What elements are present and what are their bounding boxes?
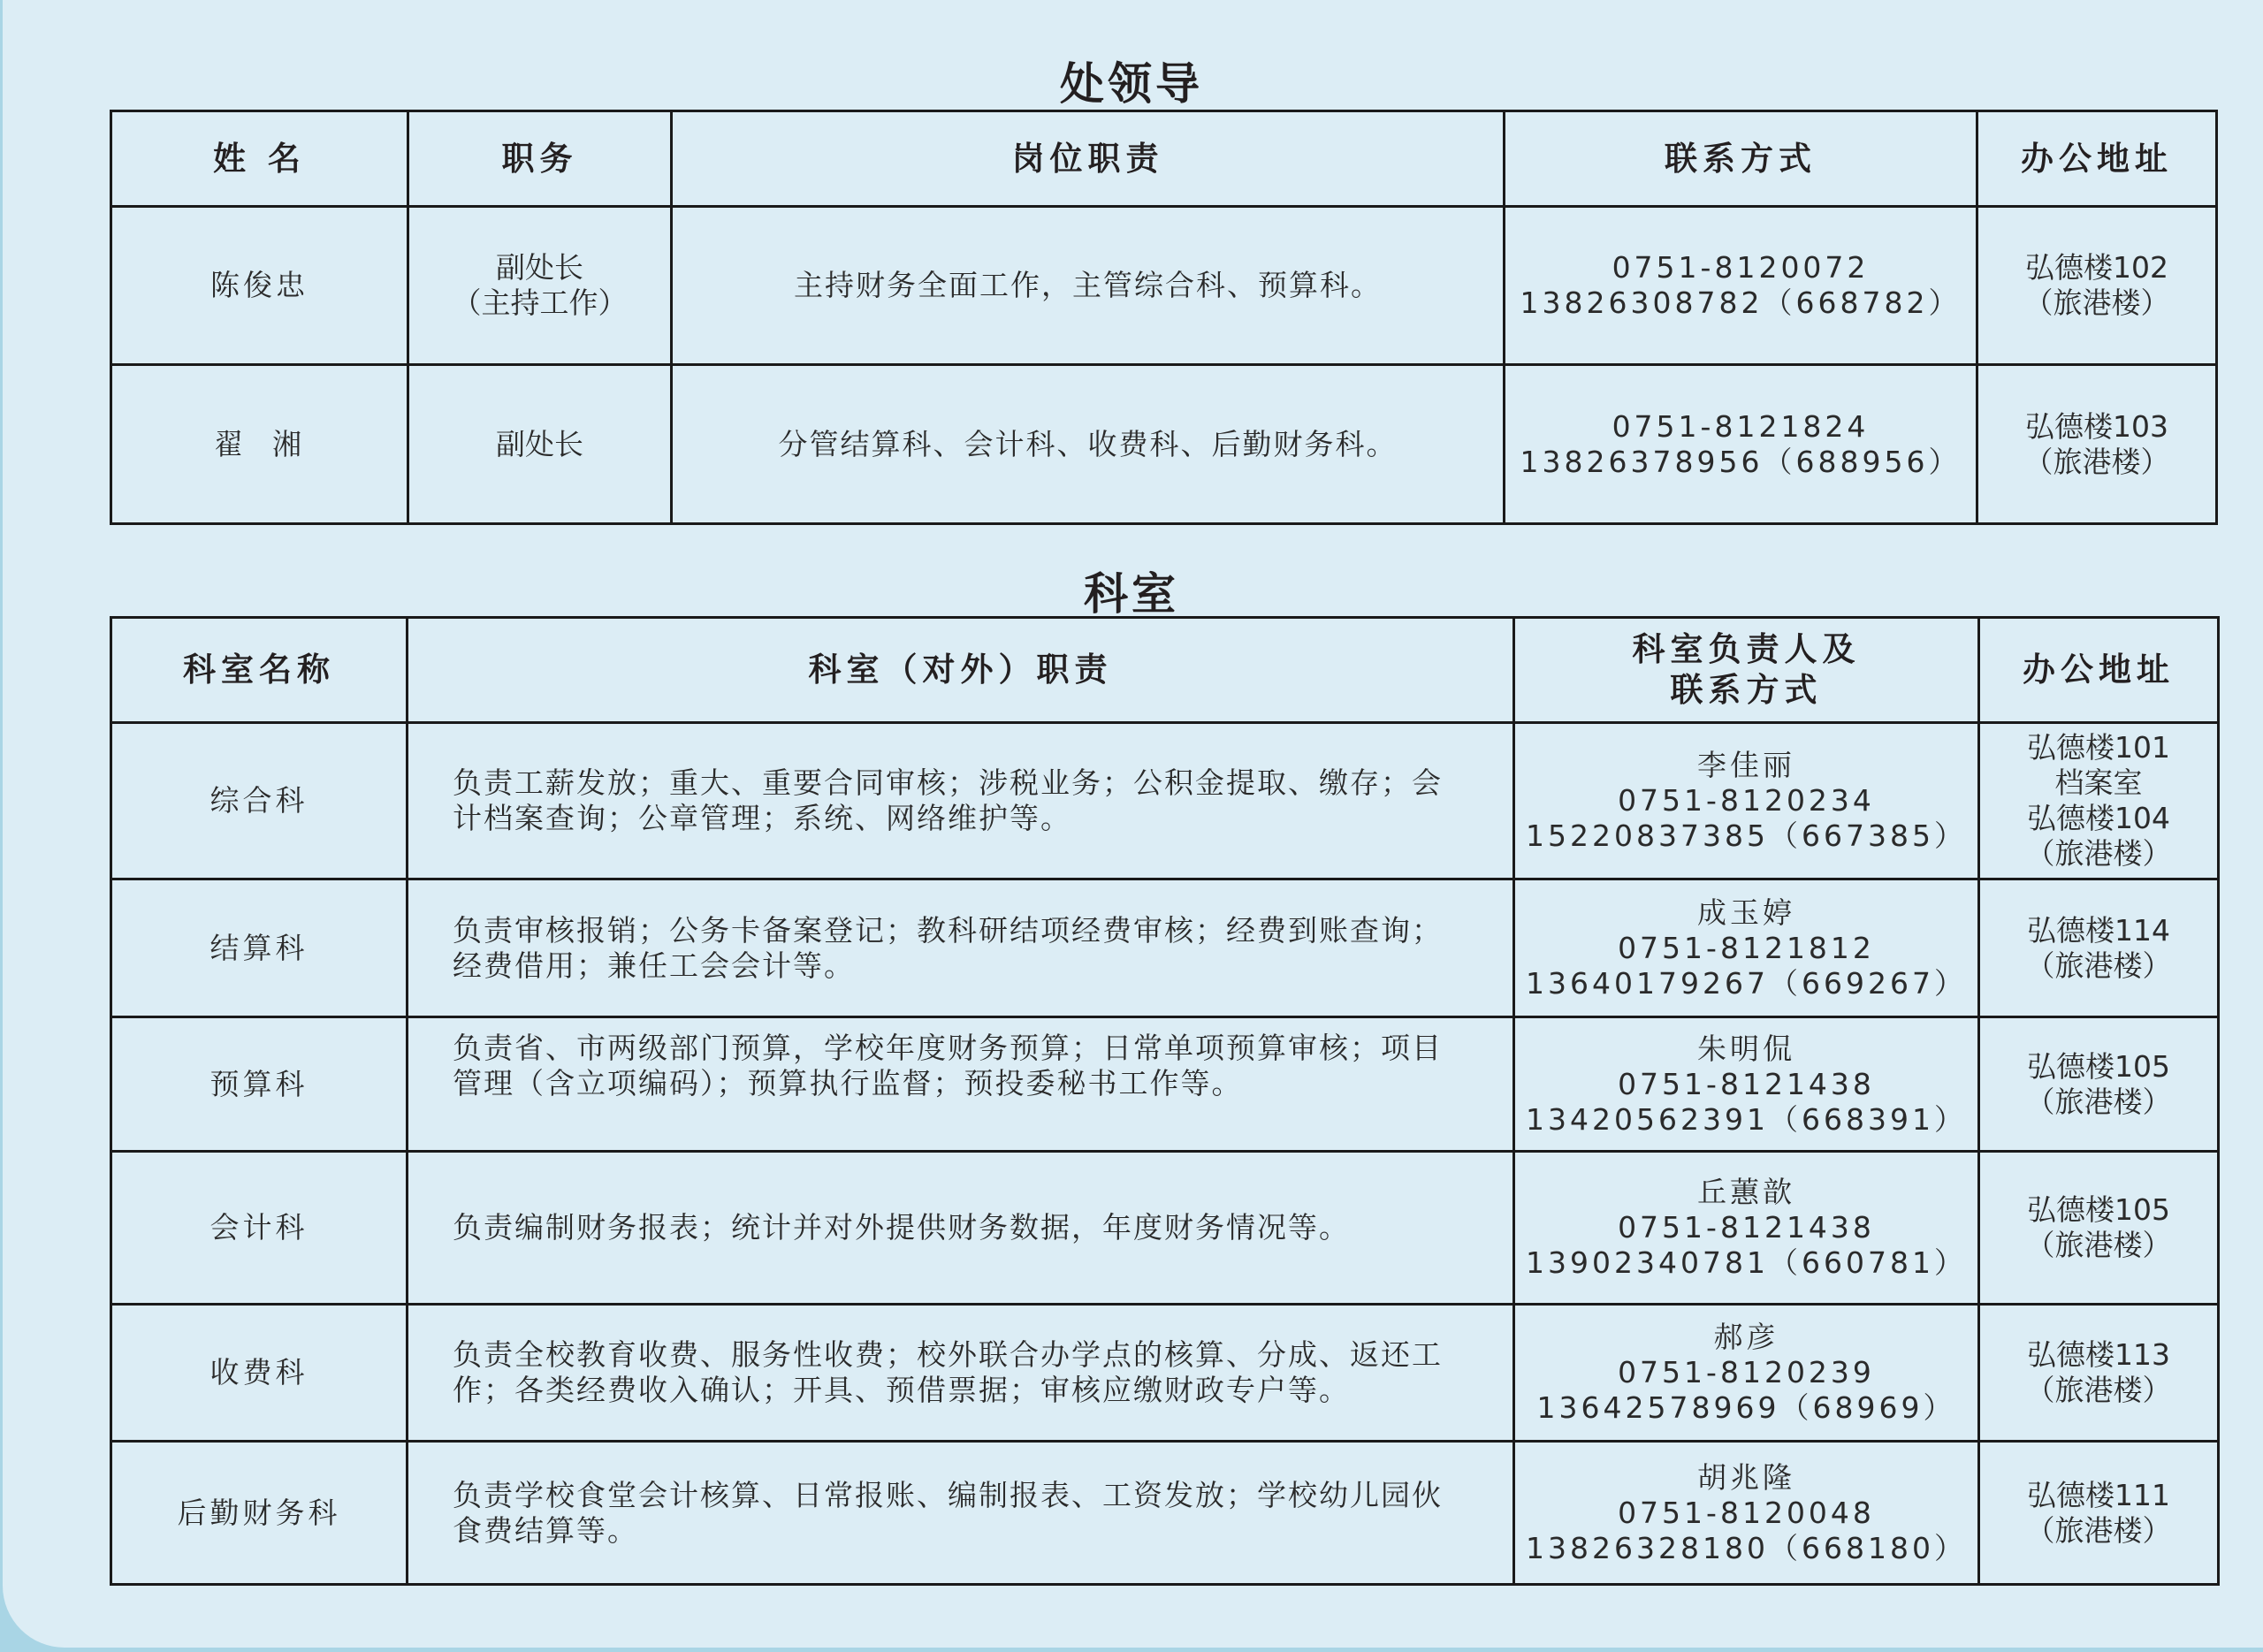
leader-name: 翟 湘 [111,365,408,524]
mobile-phone: 15220837385（667385） [1515,818,1977,854]
dept-duties: 负责全校教育收费、服务性收费；校外联合办学点的核算、分成、返还工作；各类经费收入… [408,1305,1514,1442]
departments-table: 科室名称 科室（对外）职责 科室负责人及 联系方式 办公地址 综合科 负责工薪发… [110,616,2220,1586]
office-line: （旅港楼） [1978,445,2215,480]
office-line: （旅港楼） [1980,1513,2217,1549]
leaders-section-title: 处领导 [0,49,2263,112]
header-contact: 联系方式 [1505,111,1977,207]
department-row: 会计科 负责编制财务报表；统计并对外提供财务数据，年度财务情况等。 丘蕙歆 07… [111,1152,2219,1305]
dept-name: 预算科 [111,1017,408,1152]
dept-office: 弘德楼101 档案室 弘德楼104 （旅港楼） [1979,723,2219,879]
office-phone: 0751-8120239 [1515,1355,1977,1390]
dept-office: 弘德楼111 （旅港楼） [1979,1442,2219,1585]
office-line: 弘德楼105 [1980,1049,2217,1085]
contact-person: 丘蕙歆 [1515,1175,1977,1210]
dept-contact: 成玉婷 0751-8121812 13640179267（669267） [1514,879,1979,1017]
office-line: 弘德楼102 [1978,250,2215,285]
contact-person: 郝彦 [1515,1320,1977,1355]
department-row: 综合科 负责工薪发放；重大、重要合同审核；涉税业务；公积金提取、缴存；会计档案查… [111,723,2219,879]
header-line: 联系方式 [1515,670,1977,711]
mobile-phone: 13640179267（669267） [1515,966,1977,1001]
office-line: 弘德楼104 [1980,801,2217,836]
dept-duties: 负责学校食堂会计核算、日常报账、编制报表、工资发放；学校幼儿园伙食费结算等。 [408,1442,1514,1585]
departments-section-title: 科室 [0,559,2263,622]
dept-office: 弘德楼105 （旅港楼） [1979,1152,2219,1305]
dept-duties: 负责审核报销；公务卡备案登记；教科研结项经费审核；经费到账查询；经费借用；兼任工… [408,879,1514,1017]
office-phone: 0751-8121824 [1505,409,1976,445]
office-line: （旅港楼） [1978,285,2215,321]
mobile-phone: 13420562391（668391） [1515,1102,1977,1138]
department-row: 结算科 负责审核报销；公务卡备案登记；教科研结项经费审核；经费到账查询；经费借用… [111,879,2219,1017]
office-line: 弘德楼114 [1980,913,2217,948]
office-phone: 0751-8120234 [1515,783,1977,818]
position-line: （主持工作） [409,285,670,321]
mobile-phone: 13826378956（688956） [1505,445,1976,480]
dept-office: 弘德楼113 （旅港楼） [1979,1305,2219,1442]
dept-name: 收费科 [111,1305,408,1442]
dept-office: 弘德楼105 （旅港楼） [1979,1017,2219,1152]
office-line: 弘德楼111 [1980,1478,2217,1513]
dept-contact: 朱明侃 0751-8121438 13420562391（668391） [1514,1017,1979,1152]
mobile-phone: 13642578969（68969） [1515,1390,1977,1426]
dept-duties: 负责编制财务报表；统计并对外提供财务数据，年度财务情况等。 [408,1152,1514,1305]
department-row: 收费科 负责全校教育收费、服务性收费；校外联合办学点的核算、分成、返还工作；各类… [111,1305,2219,1442]
dept-office: 弘德楼114 （旅港楼） [1979,879,2219,1017]
header-dept-office: 办公地址 [1979,618,2219,723]
office-line: （旅港楼） [1980,948,2217,984]
header-name: 姓 名 [111,111,408,207]
dept-name: 结算科 [111,879,408,1017]
contact-person: 胡兆隆 [1515,1460,1977,1496]
dept-contact: 李佳丽 0751-8120234 15220837385（667385） [1514,723,1979,879]
leader-duties: 分管结算科、会计科、收费科、后勤财务科。 [672,365,1505,524]
office-phone: 0751-8120048 [1515,1496,1977,1531]
leader-position: 副处长 [408,365,672,524]
header-dept-duties: 科室（对外）职责 [408,618,1514,723]
position-line: 副处长 [409,427,670,462]
header-dept-name: 科室名称 [111,618,408,723]
mobile-phone: 13826308782（668782） [1505,285,1976,321]
dept-contact: 郝彦 0751-8120239 13642578969（68969） [1514,1305,1979,1442]
office-line: （旅港楼） [1980,1085,2217,1120]
leader-row: 陈俊忠 副处长 （主持工作） 主持财务全面工作，主管综合科、预算科。 0751-… [111,207,2217,365]
contact-person: 朱明侃 [1515,1032,1977,1067]
leader-office: 弘德楼102 （旅港楼） [1977,207,2217,365]
header-position: 职务 [408,111,672,207]
leader-position: 副处长 （主持工作） [408,207,672,365]
department-row: 预算科 负责省、市两级部门预算，学校年度财务预算；日常单项预算审核；项目管理（含… [111,1017,2219,1152]
dept-name: 会计科 [111,1152,408,1305]
leader-office: 弘德楼103 （旅港楼） [1977,365,2217,524]
office-line: 弘德楼101 [1980,730,2217,765]
leader-contact: 0751-8120072 13826308782（668782） [1505,207,1977,365]
mobile-phone: 13826328180（668180） [1515,1531,1977,1566]
contact-person: 成玉婷 [1515,895,1977,931]
leaders-header-row: 姓 名 职务 岗位职责 联系方式 办公地址 [111,111,2217,207]
office-line: 档案室 [1980,765,2217,801]
office-line: （旅港楼） [1980,1228,2217,1263]
leader-contact: 0751-8121824 13826378956（688956） [1505,365,1977,524]
mobile-phone: 13902340781（660781） [1515,1245,1977,1281]
position-line: 副处长 [409,250,670,285]
leader-name: 陈俊忠 [111,207,408,365]
office-line: （旅港楼） [1980,836,2217,872]
leaders-table: 姓 名 职务 岗位职责 联系方式 办公地址 陈俊忠 副处长 （主持工作） 主持财… [110,110,2218,525]
dept-name: 综合科 [111,723,408,879]
departments-header-row: 科室名称 科室（对外）职责 科室负责人及 联系方式 办公地址 [111,618,2219,723]
header-line: 科室负责人及 [1515,629,1977,670]
office-phone: 0751-8120072 [1505,250,1976,285]
dept-contact: 丘蕙歆 0751-8121438 13902340781（660781） [1514,1152,1979,1305]
office-phone: 0751-8121812 [1515,931,1977,966]
dept-name: 后勤财务科 [111,1442,408,1585]
office-line: 弘德楼113 [1980,1337,2217,1373]
dept-duties: 负责工薪发放；重大、重要合同审核；涉税业务；公积金提取、缴存；会计档案查询；公章… [408,723,1514,879]
dept-contact: 胡兆隆 0751-8120048 13826328180（668180） [1514,1442,1979,1585]
department-row: 后勤财务科 负责学校食堂会计核算、日常报账、编制报表、工资发放；学校幼儿园伙食费… [111,1442,2219,1585]
office-line: （旅港楼） [1980,1373,2217,1408]
header-office: 办公地址 [1977,111,2217,207]
office-phone: 0751-8121438 [1515,1210,1977,1245]
office-line: 弘德楼103 [1978,409,2215,445]
office-line: 弘德楼105 [1980,1192,2217,1228]
dept-duties: 负责省、市两级部门预算，学校年度财务预算；日常单项预算审核；项目管理（含立项编码… [408,1017,1514,1152]
contact-person: 李佳丽 [1515,748,1977,783]
office-phone: 0751-8121438 [1515,1067,1977,1102]
leader-duties: 主持财务全面工作，主管综合科、预算科。 [672,207,1505,365]
header-duties: 岗位职责 [672,111,1505,207]
leader-row: 翟 湘 副处长 分管结算科、会计科、收费科、后勤财务科。 0751-812182… [111,365,2217,524]
header-dept-contact: 科室负责人及 联系方式 [1514,618,1979,723]
